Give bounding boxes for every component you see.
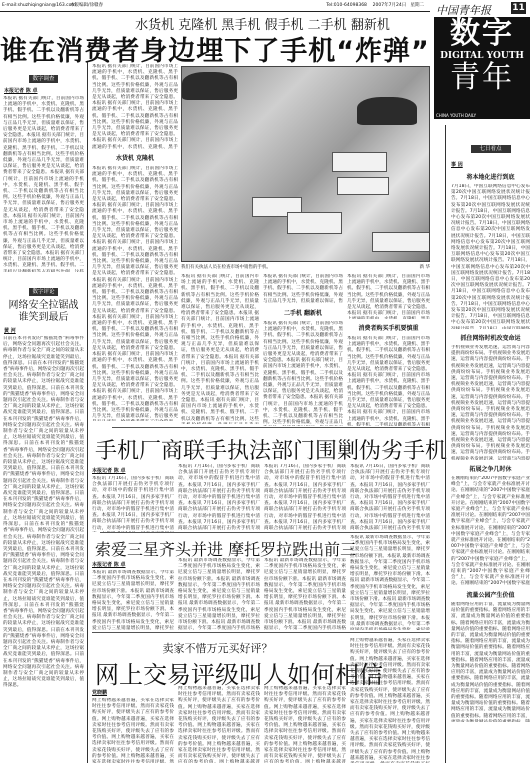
sidebar-item-body: 在刚刚结束的“2007中国数字家庭产业峰会”上，与会专家就产业标准展开讨论。在刚…	[451, 476, 530, 586]
lead-text-block: 本报讯 据有关部门统计，目前国内市场上流通的手机中，水货机、克隆机、黑手机、假手…	[347, 274, 430, 319]
story3-col4: 本报讯 最新市场调查数据显示，今年第二季度国内手机市场格局发生变化，索尼爱立信与…	[350, 535, 430, 630]
sidebar-item-headline: 抓住网络时机改变命运	[451, 333, 530, 342]
running-header: E-mail:shuzhiqingnian@163.com 本版编辑/徐赣春 T…	[0, 0, 430, 12]
story3-text: 本报讯 最新市场调查数据显示，今年第二季度国内手机市场格局发生变化，索尼爱立信与…	[264, 558, 346, 630]
lead-body-col1: 本报讯 据有关部门统计，目前国内市场上流通的手机中，水货机、克隆机、黑手机、假手…	[0, 96, 87, 272]
photo-officer-cap-right	[357, 97, 417, 125]
story2-text: 本报讯 7月16日，国内多家手机厂商联合执法部门开展打击伪劣手机专项行动，对市场…	[178, 464, 260, 530]
photo-credit: 新 华	[420, 264, 430, 270]
story2-byline: 本报记者 陈 卓	[92, 467, 174, 474]
story2-text: 本报讯 7月16日，国内多家手机厂商联合执法部门开展打击伪劣手机专项行动，对市场…	[92, 476, 174, 532]
divider-rule	[112, 427, 430, 428]
lead-text-block: 本报讯 据有关部门统计，目前国内市场上流通的手机中，水货机、克隆机、黑手机、假手…	[92, 64, 178, 149]
story4-col4: 网上购物越来越普遍，买家在选择卖家时往往参考信用评级。然而有卖家花钱购买好评，使…	[350, 638, 430, 763]
commentary-body: 日前在本刊刊发的“熊猫烧香”病毒事件后，网络安全问题再次引起社会关注。病毒制作者…	[0, 336, 87, 763]
week-highlights-tag: 七日看点	[471, 145, 511, 153]
lead-text-block: 本报讯 据有关部门统计，目前国内市场上流通的手机中，水货机、克隆机、黑手机、假手…	[263, 274, 343, 304]
story2-text: 本报讯 7月16日，国内多家手机厂商联合执法部门开展打击伪劣手机专项行动，对市场…	[350, 464, 430, 530]
story4-text: 网上购物越来越普遍，买家在选择卖家时往往参考信用评级。然而有卖家花钱购买好评，使…	[178, 686, 260, 763]
story4-byline: 党晓鹏	[92, 689, 174, 696]
sidebar-item-headline: 拓展之争几时休	[451, 464, 530, 473]
story2-headline: 手机厂商联手执法部门围剿伪劣手机	[95, 434, 430, 465]
photo-phone-box	[337, 177, 389, 195]
photo-caption: 我们有关执法人员在检查市场中销售的手机。 新 华	[181, 264, 430, 270]
photo-phone-box	[332, 152, 387, 172]
story4-text: 网上购物越来越普遍，买家在选择卖家时往往参考信用评级。然而有卖家花钱购买好评，使…	[264, 686, 346, 763]
story4-text: 网上购物越来越普遍，买家在选择卖家时往往参考信用评级。然而有卖家花钱购买好评，使…	[92, 698, 174, 763]
section-label: 事 因	[451, 161, 530, 168]
story2-col3: 本报讯 7月16日，国内多家手机厂商联合执法部门开展打击伪劣手机专项行动，对市场…	[264, 464, 346, 530]
story3-text: 本报讯 最新市场调查数据显示，今年第二季度国内手机市场格局发生变化，索尼爱立信与…	[350, 535, 430, 630]
sidebar-item-body: 随着网络应用的丰富，流量成为衡量网站价值的重要指标。随着网络应用的丰富，流量成为…	[451, 602, 530, 722]
section-title-box: 数字 DIGITAL YOUTH 青年	[434, 17, 530, 113]
commentary-headline: 网络安全拉锯战 谁笑到最后	[0, 300, 87, 324]
lead-text-block: 本报讯 据有关部门统计，目前国内市场上流通的手机中，水货机、克隆机、黑手机、假手…	[347, 336, 430, 426]
story2-col4: 本报讯 7月16日，国内多家手机厂商联合执法部门开展打击伪劣手机专项行动，对市场…	[350, 464, 430, 530]
story3-col2: 本报讯 最新市场调查数据显示，今年第二季度国内手机市场格局发生变化，索尼爱立信与…	[178, 558, 260, 630]
news-photo	[181, 66, 430, 262]
story2-text: 本报讯 7月16日，国内多家手机厂商联合执法部门开展打击伪劣手机专项行动，对市场…	[264, 464, 346, 530]
commentary-headline-line1: 网络安全拉锯战	[0, 300, 87, 312]
divider-rule	[92, 632, 430, 633]
sidebar-item-body: 7月18日，中国互联网络信息中心发布第20次中国互联网络发展状况统计报告。7月1…	[451, 184, 530, 329]
lead-body-col2: 本报讯 据有关部门统计，目前国内市场上流通的手机中，水货机、克隆机、黑手机、假手…	[92, 64, 178, 432]
paper-name-en: CHINA YOUTH DAILY	[434, 113, 530, 119]
lead-text-block: 本报讯 据有关部门统计，目前国内市场上流通的手机中，水货机、克隆机、黑手机、假手…	[92, 166, 178, 421]
section-masthead: 中国青年报 11 数字 DIGITAL YOUTH 青年 CHINA YOUTH…	[432, 0, 530, 118]
story4-col1: 党晓鹏 网上购物越来越普遍，买家在选择卖家时往往参考信用评级。然而有卖家花钱购买…	[92, 686, 174, 763]
story3-col1: 本报记者 陈 卓 本报讯 最新市场调查数据显示，今年第二季度国内手机市场格局发生…	[92, 558, 174, 630]
lead-text-block: 本报讯 据有关部门统计，目前国内市场上流通的手机中，水货机、克隆机、黑手机、假手…	[263, 321, 343, 426]
header-date: 2007年7月24日	[373, 3, 407, 8]
photo-officer-cap-left	[182, 72, 237, 100]
commentary-headline-line2: 谁笑到最后	[0, 312, 87, 324]
header-email: E-mail:shuzhiqingnian@163.com	[2, 0, 76, 11]
photo-phone-box	[287, 212, 342, 234]
story4-text: 网上购物越来越普遍，买家在选择卖家时往往参考信用评级。然而有卖家花钱购买好评，使…	[350, 638, 430, 763]
lead-subhead-1: 水货机 克隆机	[92, 153, 178, 162]
story4-col2: 网上购物越来越普遍，买家在选择卖家时往往参考信用评级。然而有卖家花钱购买好评，使…	[178, 686, 260, 763]
lead-text-block: 本报讯 据有关部门统计，目前国内市场上流通的手机中，水货机、克隆机、黑手机、假手…	[181, 274, 259, 424]
story4-col3: 网上购物越来越普遍，买家在选择卖家时往往参考信用评级。然而有卖家花钱购买好评，使…	[264, 686, 346, 763]
lead-body-col5: 本报讯 据有关部门统计，目前国内市场上流通的手机中，水货机、克隆机、黑手机、假手…	[347, 274, 430, 424]
commentary-byline: 黄 河	[4, 327, 87, 334]
section-title-2: 青年	[434, 61, 530, 95]
story2-col2: 本报讯 7月16日，国内多家手机厂商联合执法部门开展打击伪劣手机专项行动，对市场…	[178, 464, 260, 530]
page-number: 11	[511, 2, 526, 14]
header-weekday: 星期二	[411, 3, 425, 8]
lead-subhead-2: 二手机 翻新机	[263, 308, 343, 317]
sidebar-item-headline: 将本地化进行到底	[451, 172, 530, 181]
photo-caption-text: 我们有关执法人员在检查市场中销售的手机。	[181, 265, 271, 270]
header-editor: 本版编辑/徐赣春	[70, 0, 103, 11]
lead-byline: 本报记者 陈 卓	[4, 87, 87, 94]
photo-phone-box	[372, 232, 430, 252]
story3-byline: 本报记者 陈 卓	[92, 561, 174, 568]
commentary-tag: 数字评论	[29, 288, 57, 296]
story2-col1: 本报记者 陈 卓 本报讯 7月16日，国内多家手机厂商联合执法部门开展打击伪劣手…	[92, 464, 174, 532]
left-column: 数字调查 本报记者 陈 卓 本报讯 据有关部门统计，目前国内市场上流通的手机中，…	[0, 62, 88, 763]
story3-text: 本报讯 最新市场调查数据显示，今年第二季度国内手机市场格局发生变化，索尼爱立信与…	[92, 570, 174, 630]
lead-body-col3: 本报讯 据有关部门统计，目前国内市场上流通的手机中，水货机、克隆机、黑手机、假手…	[181, 274, 259, 424]
header-date-block: Tel:010-64098368 2007年7月24日 星期二	[326, 0, 424, 11]
lead-subhead-3: 消费者购买手机要慎重	[347, 323, 430, 332]
story4-headline: 网上交易评级叫人如何相信	[95, 655, 345, 690]
right-column: 七日看点 事 因 将本地化进行到底 7月18日，中国互联网络信息中心发布第20次…	[445, 125, 530, 763]
story4-kicker: 卖家不惜万元买好评？	[95, 640, 340, 656]
story3-col3: 本报讯 最新市场调查数据显示，今年第二季度国内手机市场格局发生变化，索尼爱立信与…	[264, 558, 346, 630]
story3-text: 本报讯 最新市场调查数据显示，今年第二季度国内手机市场格局发生变化，索尼爱立信与…	[178, 558, 260, 630]
section-title-1: 数字	[434, 17, 530, 51]
lead-body-col4: 本报讯 据有关部门统计，目前国内市场上流通的手机中，水货机、克隆机、黑手机、假手…	[263, 274, 343, 424]
sidebar-item-body: 手机视频业务发展迅速，运营商与内容提供商纷纷布局。手机视频业务发展迅速，运营商与…	[451, 345, 530, 460]
divider-rule	[100, 532, 430, 533]
lead-tag: 数字调查	[29, 75, 57, 83]
story3-headline: 索爱三星齐头并进 摩托罗拉跌出前三	[95, 537, 340, 560]
sidebar-item-headline: 流量公园产生价值	[451, 590, 530, 599]
header-phone: Tel:010-64098368	[326, 3, 367, 8]
